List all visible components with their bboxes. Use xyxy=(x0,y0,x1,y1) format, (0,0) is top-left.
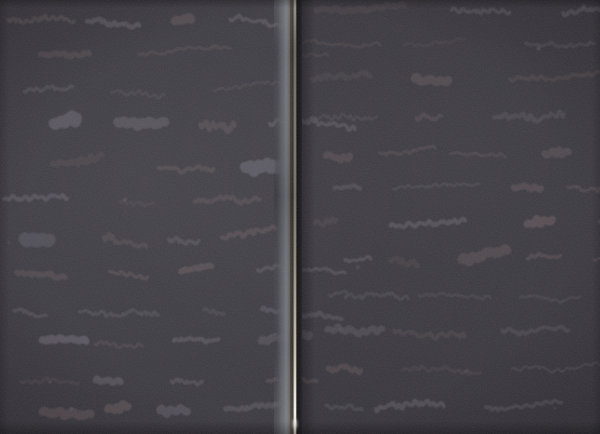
script-pattern-art xyxy=(0,0,600,434)
gatefold-photo xyxy=(0,0,600,434)
paper-grain-texture xyxy=(0,0,600,434)
